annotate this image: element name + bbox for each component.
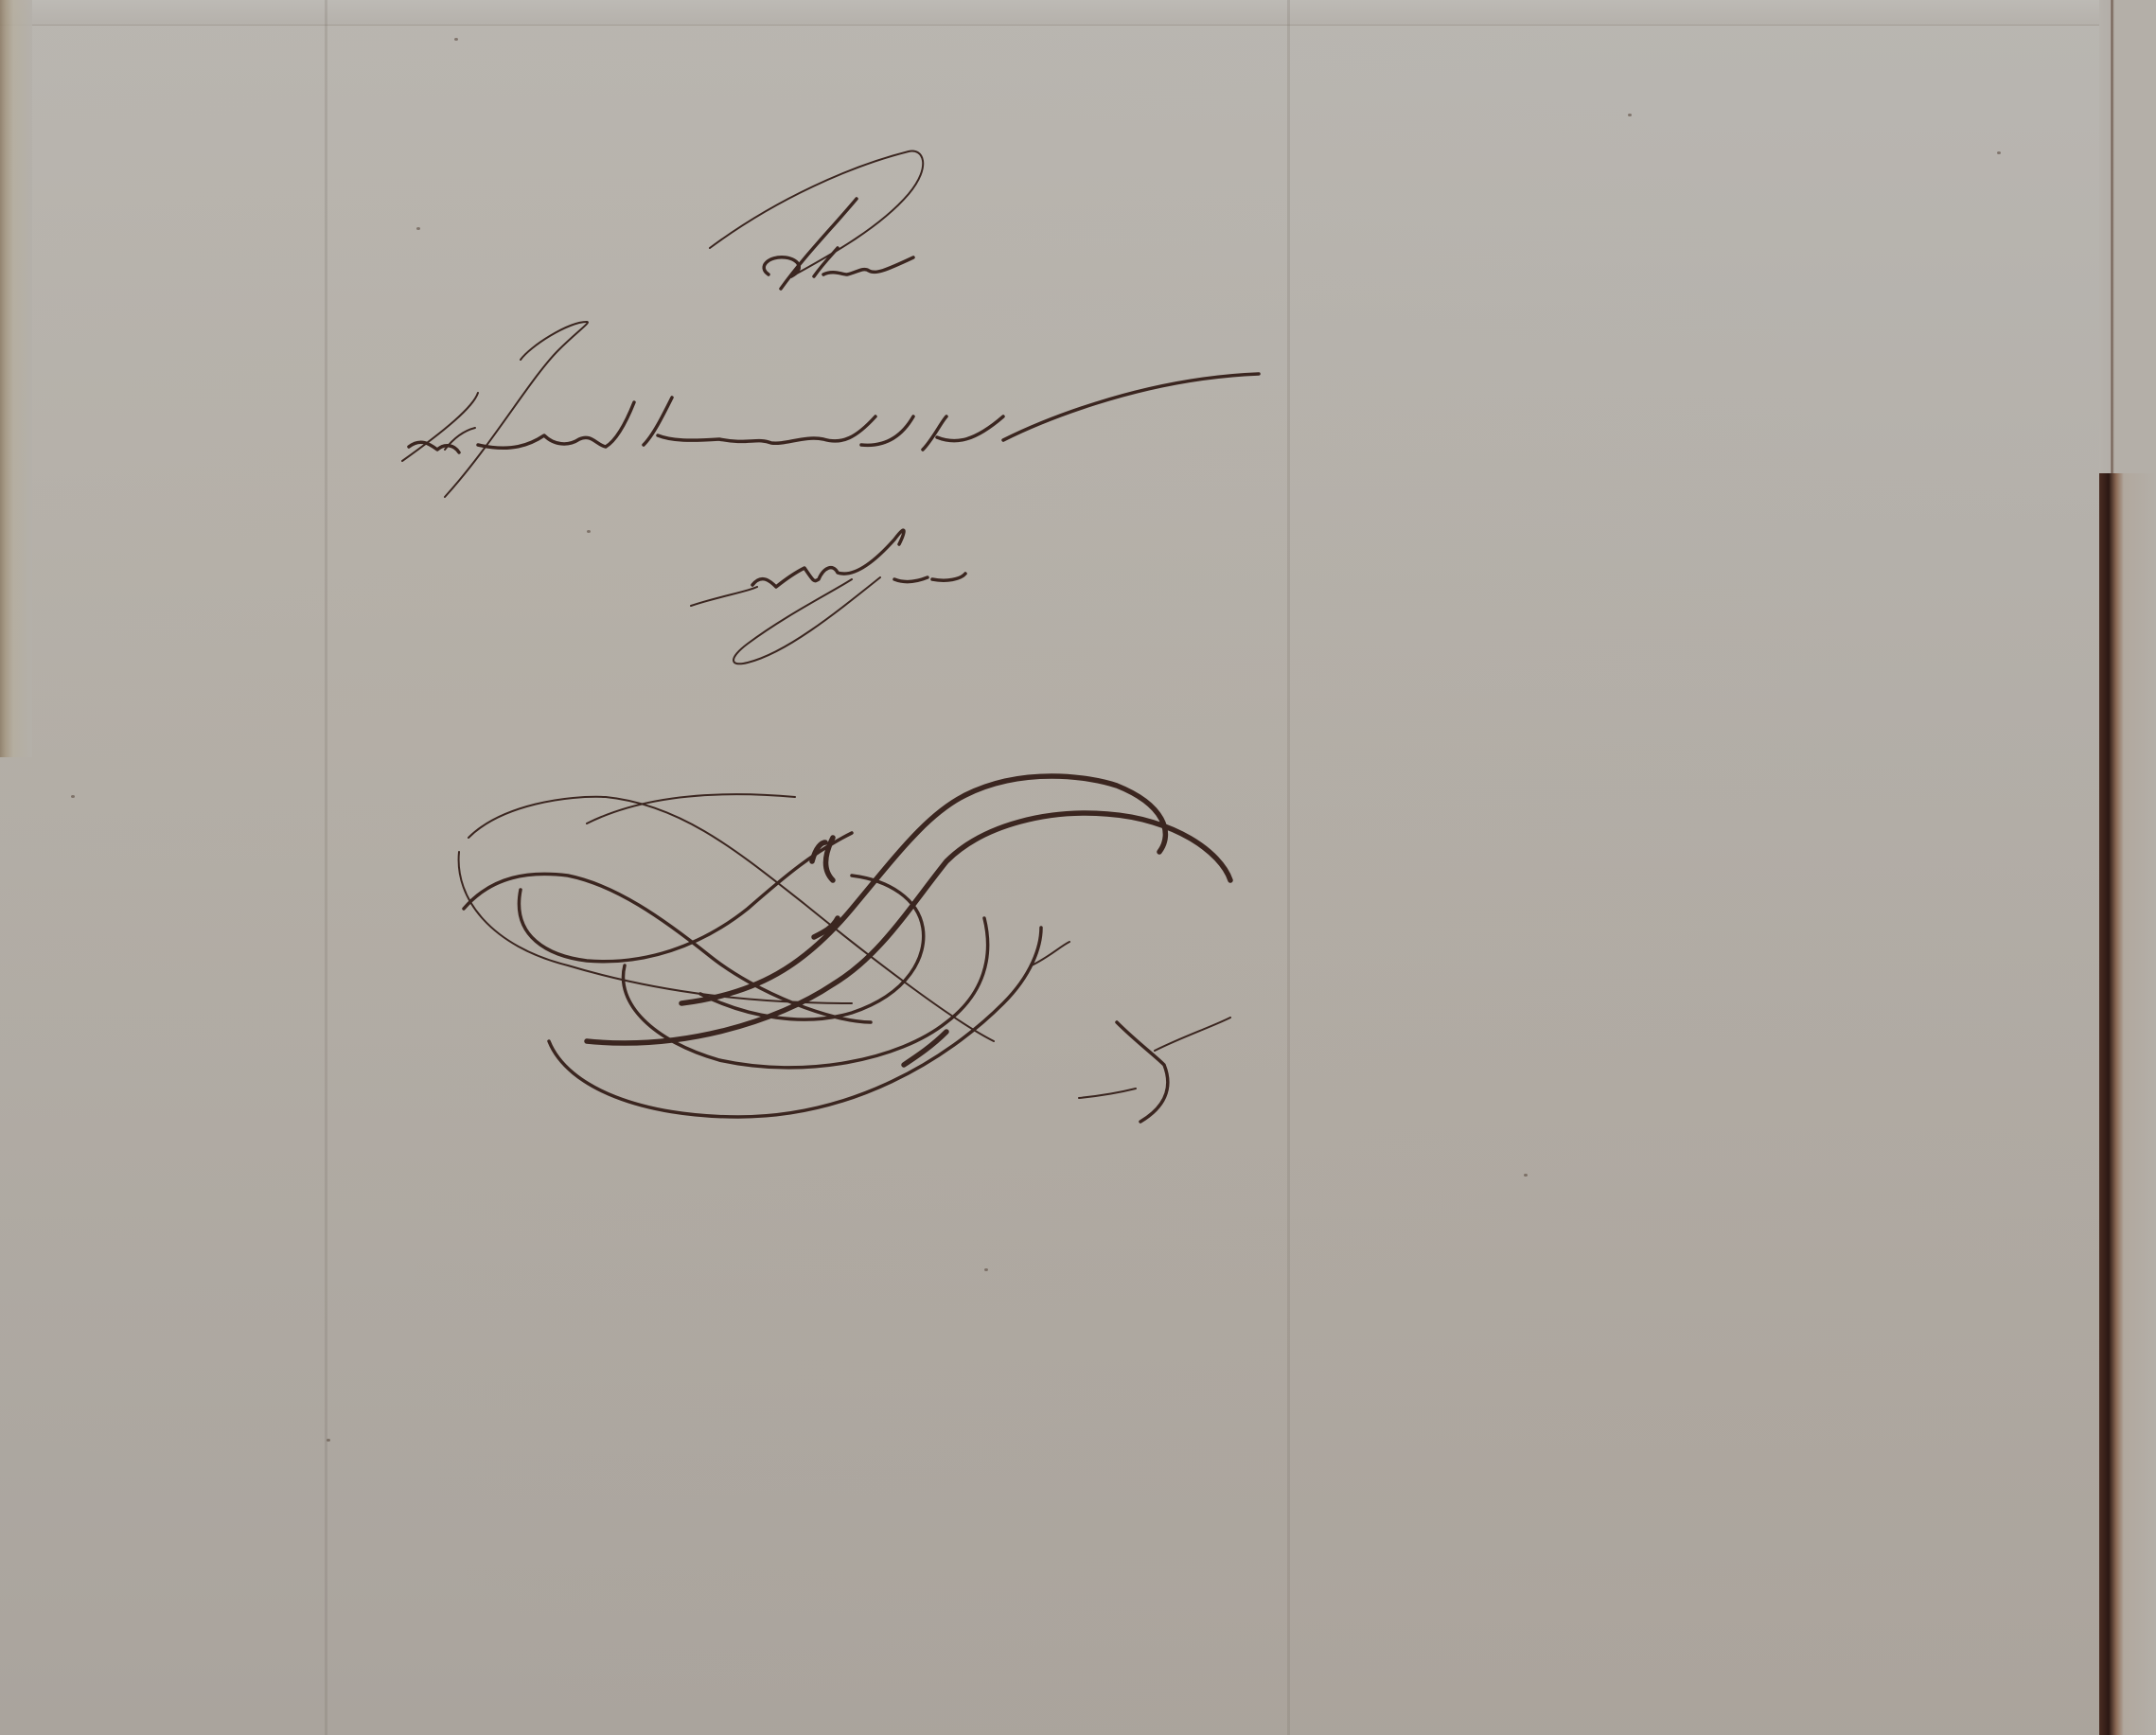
handwriting-ink <box>0 0 2112 1735</box>
paper-speck <box>327 1439 330 1442</box>
paper-speck <box>587 530 591 533</box>
document-photo: An die Stadtcommandantur allhier <box>0 0 2156 1735</box>
address-line-allhier <box>691 530 965 664</box>
address-line-stadtcommandantur <box>402 322 1259 497</box>
paper-speck <box>984 1268 988 1271</box>
paper-speck <box>71 795 75 798</box>
address-line-an <box>710 150 923 289</box>
paper-speck <box>454 38 458 41</box>
paper-speck <box>1628 114 1632 116</box>
paper-speck <box>416 227 420 230</box>
calligraphic-flourish-ornament <box>459 776 1230 1122</box>
paper-speck <box>1524 1174 1528 1177</box>
paper-speck <box>1997 151 2001 154</box>
